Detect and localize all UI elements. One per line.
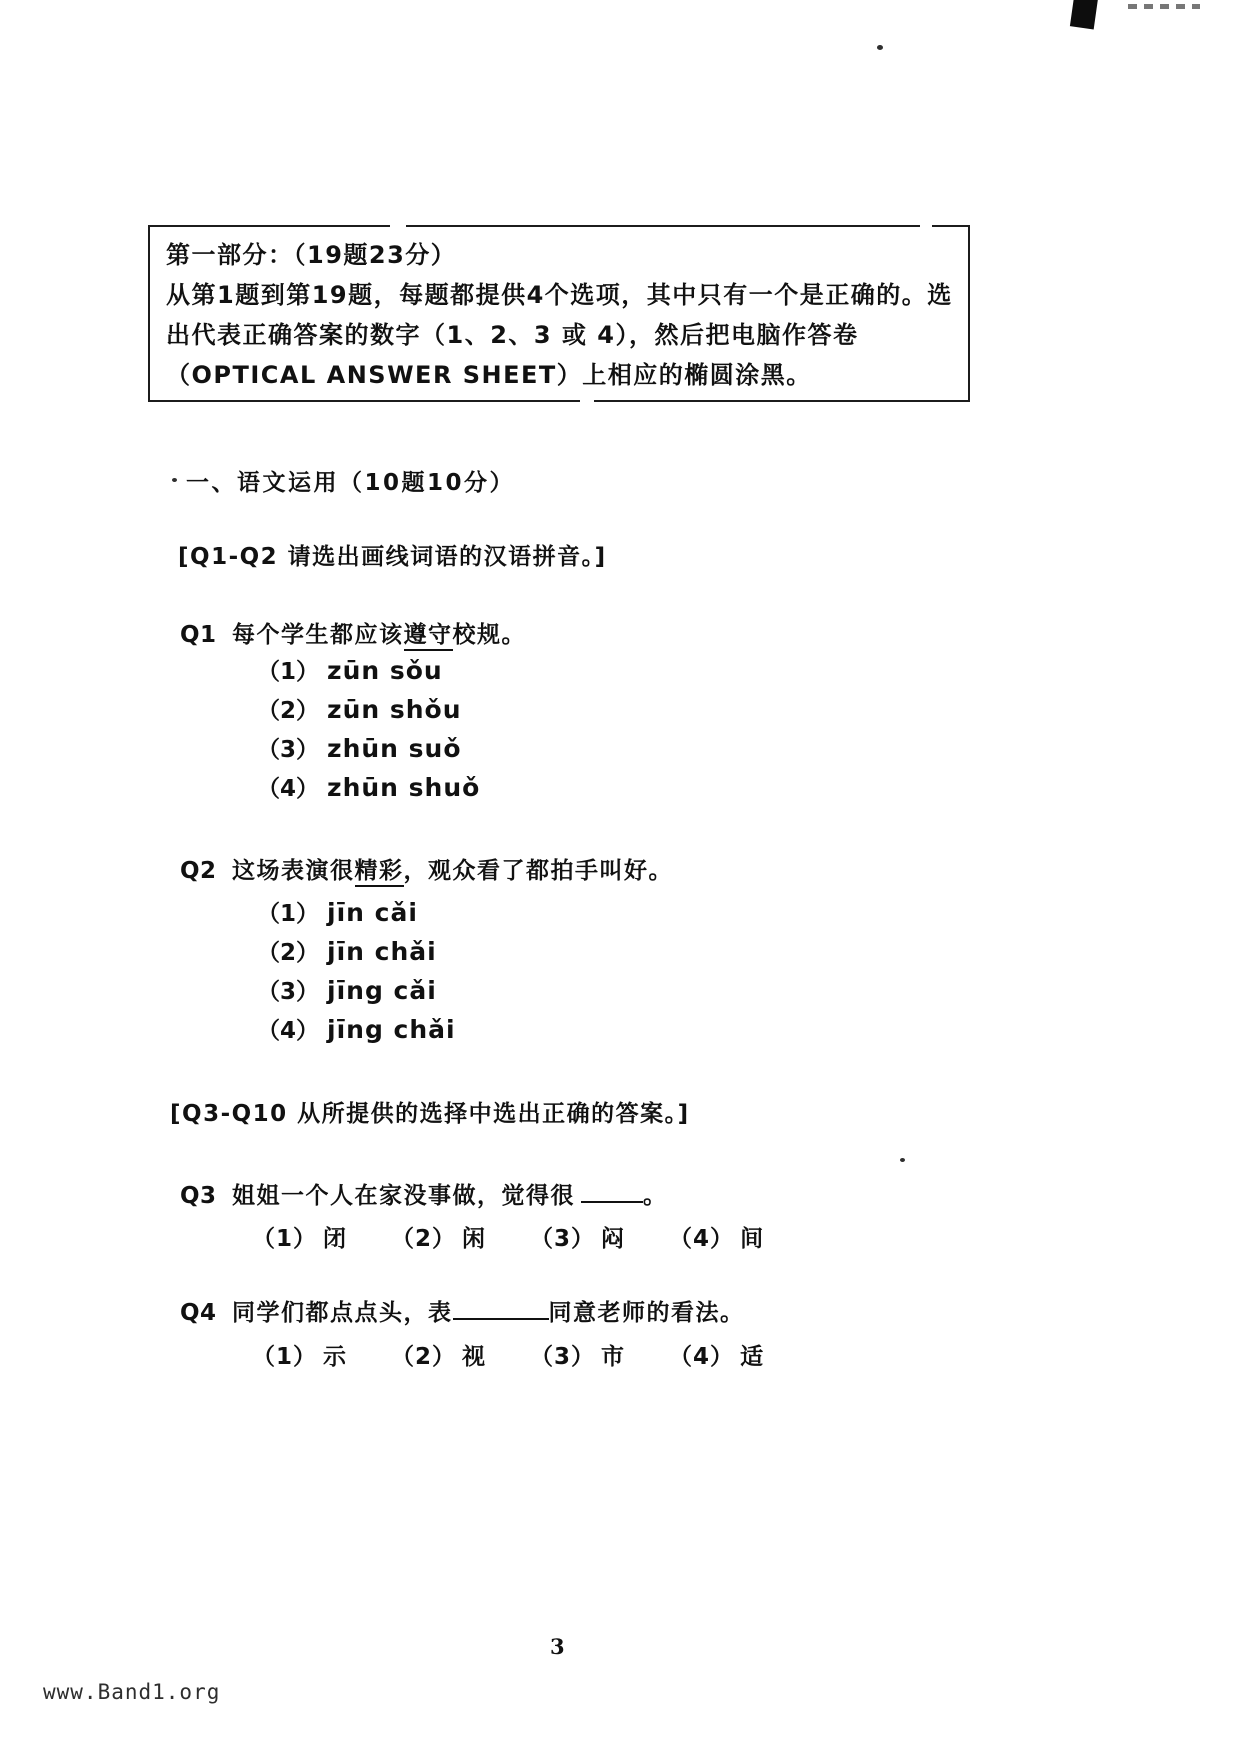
option-row: （3）zhūn suǒ [257,730,677,769]
scanned-exam-page: 第一部分：（19题23分） 从第1题到第19题，每题都提供4个选项，其中只有一个… [0,0,1239,1754]
q3-options: （1）闭 （2）闲 （3）闷 （4）间 [252,1220,808,1253]
scan-artifact-dot [877,45,883,50]
option-text: zūn sǒu [327,656,443,685]
question-q4: Q4同学们都点点头，表同意老师的看法。 [180,1294,745,1327]
option-item: （3）闷 [530,1220,625,1253]
option-text: jīng chǎi [327,1015,456,1044]
option-text: 闷 [601,1226,625,1252]
instruction-q1-q2: [Q1-Q2 请选出画线词语的汉语拼音。] [178,538,607,571]
option-item: （4）间 [669,1220,764,1253]
option-text: 示 [323,1344,347,1370]
watermark: www.Band1.org [43,1680,220,1704]
question-text: 同学们都点点头，表 [232,1300,453,1326]
question-text: 。 [643,1183,668,1209]
scan-artifact-dashes [1128,4,1200,9]
option-item: （4）适 [669,1338,764,1371]
question-text: 姐姐一个人在家没事做，觉得很 [232,1183,575,1209]
option-text: 适 [740,1344,764,1370]
q4-options: （1）示 （2）视 （3）市 （4）适 [252,1338,808,1371]
option-row: （2）jīn chǎi [257,933,677,972]
question-q3: Q3姐姐一个人在家没事做，觉得很。 [180,1177,668,1210]
question-label: Q1 [180,622,232,648]
underlined-word: 精彩 [355,858,404,887]
option-text: jīn chǎi [327,937,437,966]
option-number: （2） [257,940,319,966]
option-text: zūn shǒu [327,695,462,724]
option-number: （2） [391,1344,456,1370]
option-number: （4） [257,776,319,802]
scan-artifact-dot [900,1158,905,1162]
option-number: （4） [669,1344,734,1370]
option-text: jīn cǎi [327,898,418,927]
question-text: 同意老师的看法。 [549,1300,745,1326]
border-gap [390,223,406,227]
border-gap [580,400,594,404]
option-number: （2） [257,698,319,724]
instructions-line: （OPTICAL ANSWER SHEET）上相应的椭圆涂黑。 [166,355,968,395]
option-text: 市 [601,1344,625,1370]
section-heading: 一、语文运用（10题10分） [186,464,515,497]
option-item: （2）闲 [391,1220,486,1253]
question-label: Q2 [180,858,232,884]
scan-artifact-dot [172,478,177,482]
option-row: （1）jīn cǎi [257,894,677,933]
option-row: （4）jīng chǎi [257,1011,677,1050]
question-text: 每个学生都应该 [232,622,404,648]
border-gap [920,223,932,227]
option-item: （1）闭 [252,1220,347,1253]
option-number: （3） [530,1226,595,1252]
option-number: （3） [530,1344,595,1370]
q2-options: （1）jīn cǎi （2）jīn chǎi （3）jīng cǎi （4）jī… [257,894,677,1050]
instruction-q3-q10: [Q3-Q10 从所提供的选择中选出正确的答案。] [170,1095,690,1128]
option-item: （2）视 [391,1338,486,1371]
underlined-word: 遵守 [404,622,453,651]
answer-blank [581,1187,643,1203]
question-text: 这场表演很 [232,858,355,884]
question-text: ，观众看了都拍手叫好。 [404,858,674,884]
option-row: （3）jīng cǎi [257,972,677,1011]
instructions-line: 从第1题到第19题，每题都提供4个选项，其中只有一个是正确的。选 [166,275,968,315]
question-q2: Q2这场表演很精彩，观众看了都拍手叫好。 [180,852,673,885]
option-number: （1） [257,901,319,927]
option-row: （2）zūn shǒu [257,691,677,730]
option-item: （1）示 [252,1338,347,1371]
option-number: （1） [252,1344,317,1370]
option-text: 闲 [462,1226,486,1252]
answer-blank [453,1304,549,1320]
instructions-line: 出代表正确答案的数字（1、2、3 或 4），然后把电脑作答卷 [166,315,968,355]
option-number: （3） [257,979,319,1005]
option-item: （3）市 [530,1338,625,1371]
option-number: （1） [252,1226,317,1252]
option-number: （4） [669,1226,734,1252]
option-text: zhūn suǒ [327,734,462,763]
option-row: （1）zūn sǒu [257,652,677,691]
scan-artifact-bar [1070,0,1098,30]
part-title: 第一部分：（19题23分） [166,235,968,275]
option-number: （4） [257,1018,319,1044]
option-text: 视 [462,1344,486,1370]
question-label: Q4 [180,1300,232,1326]
q1-options: （1）zūn sǒu （2）zūn shǒu （3）zhūn suǒ （4）zh… [257,652,677,808]
option-text: jīng cǎi [327,976,437,1005]
question-q1: Q1每个学生都应该遵守校规。 [180,616,526,649]
option-text: 闭 [323,1226,347,1252]
question-label: Q3 [180,1183,232,1209]
instructions-box: 第一部分：（19题23分） 从第1题到第19题，每题都提供4个选项，其中只有一个… [148,225,970,402]
page-number: 3 [550,1634,565,1659]
option-number: （3） [257,737,319,763]
option-number: （1） [257,659,319,685]
option-text: zhūn shuǒ [327,773,480,802]
option-number: （2） [391,1226,456,1252]
option-text: 间 [740,1226,764,1252]
option-row: （4）zhūn shuǒ [257,769,677,808]
question-text: 校规。 [453,622,527,648]
